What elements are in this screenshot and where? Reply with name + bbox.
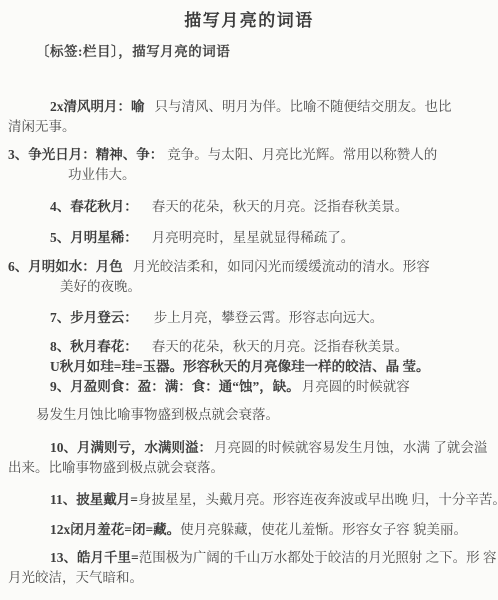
description-text: 清闲无事。 xyxy=(8,117,76,137)
text-line: 9、月盈则食：盈：满：食：通“蚀”，缺。月亮圆的时候就容 xyxy=(50,377,498,397)
page-title: 描写月亮的词语 xyxy=(0,8,498,34)
term-text: 9、月盈则食：盈：满：食：通“蚀”，缺。 xyxy=(50,377,300,397)
text-line: 5、月明星稀：月亮明亮时，星星就显得稀疏了。 xyxy=(50,228,498,248)
description-text: 功业伟大。 xyxy=(68,165,136,185)
text-line: 美好的夜晚。 xyxy=(60,277,498,297)
description-text: 春天的花朵，秋天的月亮。泛指春秋美景。 xyxy=(138,197,409,217)
description-text: 美好的夜晚。 xyxy=(60,277,141,297)
term-text: 5、月明星稀： xyxy=(50,228,138,248)
text-line: 11、披星戴月=身披星星，头戴月亮。形容连夜奔波或早出晚 归，十分辛苦。 xyxy=(50,490,498,510)
text-line: 8、秋月春花：春天的花朵，秋天的月亮。泛指春秋美景。 xyxy=(50,337,498,357)
description-text: 月亮明亮时，星星就显得稀疏了。 xyxy=(138,228,355,248)
description-text: 只与清风、明月为伴。比喻不随便结交朋友。也比 xyxy=(145,97,452,117)
text-line: 10、月满则亏，水满则溢：月亮圆的时候就容易发生月蚀，水满 了就会溢 xyxy=(50,438,498,458)
term-text: 4、春花秋月： xyxy=(50,197,138,217)
text-line: 功业伟大。 xyxy=(68,165,498,185)
document-body: 2x清风明月：喻只与清风、明月为伴。比喻不随便结交朋友。也比清闲无事。3、争光日… xyxy=(0,97,498,588)
term-text: 10、月满则亏，水满则溢： xyxy=(50,438,212,458)
text-line: 出来。比喻事物盛到极点就会衰落。 xyxy=(8,458,498,478)
description-text: 范围极为广阔的千山万水都处于皎洁的月光照射 之下。形 容 xyxy=(139,548,497,568)
document-page: 描写月亮的词语 〔标签:栏目〕，描写月亮的词语 2x清风明月：喻只与清风、明月为… xyxy=(0,8,498,600)
term-text: 2x清风明月：喻 xyxy=(50,97,145,117)
term-text: 3、争光日月：精神、争： xyxy=(8,145,163,165)
description-text: 月亮圆的时候就容 xyxy=(300,377,410,397)
text-line: U秋月如珪=珪=玉器。形容秋天的月亮像珪一样的皎洁、晶 莹。 xyxy=(50,357,498,377)
term-text: 8、秋月春花： xyxy=(50,337,138,357)
description-text: 月亮圆的时候就容易发生月蚀，水满 了就会溢 xyxy=(212,438,487,458)
text-line: 清闲无事。 xyxy=(8,117,498,137)
text-line: 易发生月蚀比喻事物盛到极点就会衰落。 xyxy=(36,405,498,425)
term-text: 11、披星戴月= xyxy=(50,490,138,510)
text-line: 12x闭月羞花=闭=藏。使月亮躲藏，使花儿羞惭。形容女子容 貌美丽。 xyxy=(50,520,498,540)
description-text: 身披星星，头戴月亮。形容连夜奔波或早出晚 归，十分辛苦。 xyxy=(138,490,498,510)
text-line: 4、春花秋月：春天的花朵，秋天的月亮。泛指春秋美景。 xyxy=(50,197,498,217)
description-text: 易发生月蚀比喻事物盛到极点就会衰落。 xyxy=(36,405,279,425)
term-text: 13、皓月千里= xyxy=(50,548,139,568)
description-text: 步上月亮，攀登云霄。形容志向远大。 xyxy=(138,308,384,328)
description-text: 竞争。与太阳、月亮比光辉。常用以称赞人的 xyxy=(163,145,437,165)
term-text: 12x闭月羞花=闭=藏。 xyxy=(50,520,180,540)
page-subtitle: 〔标签:栏目〕，描写月亮的词语 xyxy=(36,42,498,62)
description-text: 出来。比喻事物盛到极点就会衰落。 xyxy=(8,458,224,478)
text-line: 6、月明如水：月色月光皎洁柔和，如同闪光而缓缓流动的清水。形容 xyxy=(8,257,498,277)
term-text: 6、月明如水：月色 xyxy=(8,257,123,277)
description-text: 春天的花朵，秋天的月亮。泛指春秋美景。 xyxy=(138,337,409,357)
description-text: 月光皎洁柔和，如同闪光而缓缓流动的清水。形容 xyxy=(123,257,430,277)
text-line: 3、争光日月：精神、争：竞争。与太阳、月亮比光辉。常用以称赞人的 xyxy=(8,145,498,165)
text-line: 13、皓月千里=范围极为广阔的千山万水都处于皎洁的月光照射 之下。形 容 xyxy=(50,548,498,568)
term-text: 7、步月登云： xyxy=(50,308,138,328)
description-text: 使月亮躲藏，使花儿羞惭。形容女子容 貌美丽。 xyxy=(180,520,467,540)
text-line: 7、步月登云：步上月亮，攀登云霄。形容志向远大。 xyxy=(50,308,498,328)
text-line: 2x清风明月：喻只与清风、明月为伴。比喻不随便结交朋友。也比 xyxy=(50,97,498,117)
text-line: 月光皎洁，天气暗和。 xyxy=(8,568,498,588)
term-text: U秋月如珪=珪=玉器。形容秋天的月亮像珪一样的皎洁、晶 莹。 xyxy=(50,357,430,377)
description-text: 月光皎洁，天气暗和。 xyxy=(8,568,143,588)
